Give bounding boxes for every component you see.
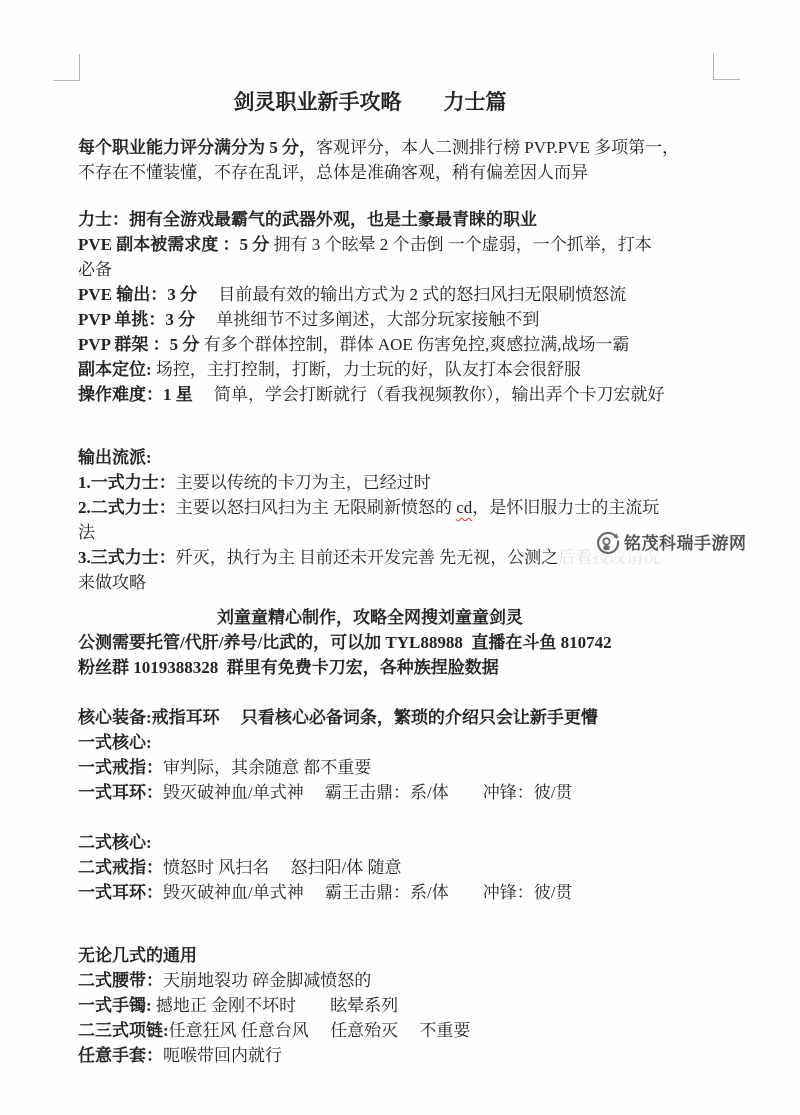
text-segment: 有多个群体控制，群体 AOE 伤害免控,爽感拉满,战场一霸 <box>204 335 630 354</box>
text-segment: 一式核心: <box>78 733 152 752</box>
text-segment: 主要以传统的卡刀为主，已经过时 <box>176 473 431 492</box>
text-segment: 愤怒时 风扫名 怒扫阳/体 随意 <box>163 858 401 877</box>
text-segment: 必备 <box>78 260 112 279</box>
text-segment: 操作难度：1 星 <box>78 385 193 404</box>
text-segment: PVP 单挑：3 分 <box>78 310 195 329</box>
text-segment: ，是怀旧服力士的主流玩 <box>472 498 659 517</box>
style2-core-header: 二式核心: <box>78 830 718 855</box>
document-title: 剑灵职业新手攻略 力士篇 <box>78 88 718 116</box>
text-segment: 任意手套： <box>78 1046 163 1065</box>
difficulty: 操作难度：1 星 简单，学会打断就行（看我视频教你），输出弄个卡刀宏就好 <box>78 382 718 407</box>
text-segment: 撼地正 金刚不坏时 眩晕系列 <box>156 996 398 1015</box>
text-segment: 公测需要托管/代肝/养号/比武的，可以加 TYL88988 直播在斗鱼 8107… <box>78 633 612 652</box>
text-segment: 1.一式力士： <box>78 473 176 492</box>
style2-earring: 一式耳环：毁灭破神血/单式神 霸王击鼎：系/体 冲锋：彼/贯 <box>78 880 718 905</box>
belt-line: 二式腰带：天崩地裂功 碎金脚减愤怒的 <box>78 968 718 993</box>
text-segment: 审判际，其余随意 都不重要 <box>163 758 371 777</box>
text-boundary-mark-top-left <box>53 54 80 81</box>
text-segment: 不存在不懂装懂，不存在乱评，总体是准确客观，稍有偏差因人而异 <box>78 163 588 182</box>
text-segment: 3.三式力士： <box>78 548 176 567</box>
text-segment: 目前最有效的输出方式为 2 式的怒扫风扫无限刷愤怒流 <box>197 285 626 304</box>
necklace-line: 二三式项链:任意狂风 任意台风 任意殆灭 不重要 <box>78 1018 718 1043</box>
text-segment: PVP 群架 ：5 分 <box>78 335 204 354</box>
text-segment: 呃喉带回内就行 <box>163 1046 282 1065</box>
style2-ring: 二式戒指：愤怒时 风扫名 怒扫阳/体 随意 <box>78 855 718 880</box>
text-segment: 力士：拥有全游戏最霸气的武器外观，也是土豪最青睐的职业 <box>78 210 537 229</box>
text-segment: 无论几式的通用 <box>78 946 197 965</box>
text-segment: 一式手镯: <box>78 996 156 1015</box>
text-segment: PVE 副本被需求度 ：5 分 <box>78 235 274 254</box>
text-segment: 副本定位: <box>78 360 156 379</box>
text-segment: 歼灭，执行为主 目前还未开发完善 先无视，公测之 <box>176 548 559 567</box>
circular-replay-person-logo-icon <box>594 528 621 555</box>
text-segment: 核心装备:戒指耳环 只看核心必备词条，繁琐的介绍只会让新手更懵 <box>78 708 598 727</box>
text-segment: 刘童童精心制作，攻略全网搜刘童童剑灵 <box>217 608 523 627</box>
build-header: 输出流派: <box>78 445 718 470</box>
text-segment: 二式核心: <box>78 833 152 852</box>
pvp-group: PVP 群架 ：5 分 有多个群体控制，群体 AOE 伤害免控,爽感拉满,战场一… <box>78 332 718 357</box>
pvp-duel: PVP 单挑：3 分 单挑细节不过多阐述，大部分玩家接触不到 <box>78 307 718 332</box>
author-banner: 刘童童精心制作，攻略全网搜刘童童剑灵 <box>78 605 718 630</box>
text-segment: 单挑细节不过多阐述，大部分玩家接触不到 <box>195 310 539 329</box>
text-segment: 二式戒指： <box>78 858 163 877</box>
text-segment: 毁灭破神血/单式神 霸王击鼎：系/体 冲锋：彼/贯 <box>163 883 572 902</box>
gloves-line: 任意手套：呃喉带回内就行 <box>78 1043 718 1068</box>
style1-earring: 一式耳环：毁灭破神血/单式神 霸王击鼎：系/体 冲锋：彼/贯 <box>78 780 718 805</box>
text-segment: 任意狂风 任意台风 任意殆灭 不重要 <box>169 1021 471 1040</box>
text-segment: 拥有 3 个眩晕 2 个击倒 一个虚弱，一个抓举，打本 <box>274 235 652 254</box>
misspelled-word: cd <box>456 498 472 517</box>
text-segment: 2.二式力士： <box>78 498 176 517</box>
text-segment: 每个职业能力评分满分为 5 分， <box>78 138 316 157</box>
text-segment: 一式耳环： <box>78 783 163 802</box>
text-segment: 场控，主打控制，打断，力士玩的好，队友打本会很舒服 <box>156 360 581 379</box>
text-segment: 简单，学会打断就行（看我视频教你），输出弄个卡刀宏就好 <box>193 385 665 404</box>
style1-core-header: 一式核心: <box>78 730 718 755</box>
text-segment: 毁灭破神血/单式神 霸王击鼎：系/体 冲锋：彼/贯 <box>163 783 572 802</box>
text-segment: 主要以怒扫风扫为主 无限刷新愤怒的 <box>176 498 457 517</box>
watermark: 铭茂科瑞手游网 <box>593 527 750 556</box>
document-page: 剑灵职业新手攻略 力士篇 每个职业能力评分满分为 5 分，客观评分，本人二测排行… <box>0 0 800 1115</box>
watermark-text: 铭茂科瑞手游网 <box>624 529 747 554</box>
universal-header: 无论几式的通用 <box>78 943 718 968</box>
text-segment: 粉丝群 1019388328 群里有免费卡刀宏，各种族捏脸数据 <box>78 658 499 677</box>
text-boundary-mark-top-right <box>713 53 740 80</box>
rating-intro: 每个职业能力评分满分为 5 分，客观评分，本人二测排行榜 PVP.PVE 多项第… <box>78 135 718 185</box>
text-segment: 二式腰带： <box>78 971 163 990</box>
document-body: 每个职业能力评分满分为 5 分，客观评分，本人二测排行榜 PVP.PVE 多项第… <box>78 135 718 1068</box>
build-style-1: 1.一式力士：主要以传统的卡刀为主，已经过时 <box>78 470 718 495</box>
dungeon-role: 副本定位: 场控，主打控制，打断，力士玩的好，队友打本会很舒服 <box>78 357 718 382</box>
fan-group-line: 粉丝群 1019388328 群里有免费卡刀宏，各种族捏脸数据 <box>78 655 718 680</box>
contact-line: 公测需要托管/代肝/养号/比武的，可以加 TYL88988 直播在斗鱼 8107… <box>78 630 718 655</box>
lishi-summary: 力士：拥有全游戏最霸气的武器外观，也是土豪最青睐的职业 <box>78 207 718 232</box>
text-segment: 来做攻略 <box>78 573 146 592</box>
text-segment: 客观评分，本人二测排行榜 PVP.PVE 多项第一， <box>316 138 679 157</box>
pve-dungeon-demand: PVE 副本被需求度 ：5 分 拥有 3 个眩晕 2 个击倒 一个虚弱，一个抓举… <box>78 232 718 282</box>
bracelet-line: 一式手镯: 撼地正 金刚不坏时 眩晕系列 <box>78 993 718 1018</box>
text-segment: 一式耳环： <box>78 883 163 902</box>
text-segment: 天崩地裂功 碎金脚减愤怒的 <box>163 971 371 990</box>
text-segment: 二三式项链: <box>78 1021 169 1040</box>
pve-dps: PVE 输出：3 分 目前最有效的输出方式为 2 式的怒扫风扫无限刷愤怒流 <box>78 282 718 307</box>
style1-ring: 一式戒指：审判际，其余随意 都不重要 <box>78 755 718 780</box>
text-segment: 法 <box>78 523 95 542</box>
text-segment: PVE 输出：3 分 <box>78 285 197 304</box>
text-segment: 一式戒指： <box>78 758 163 777</box>
text-segment: 输出流派: <box>78 448 152 467</box>
core-gear-header: 核心装备:戒指耳环 只看核心必备词条，繁琐的介绍只会让新手更懵 <box>78 705 718 730</box>
